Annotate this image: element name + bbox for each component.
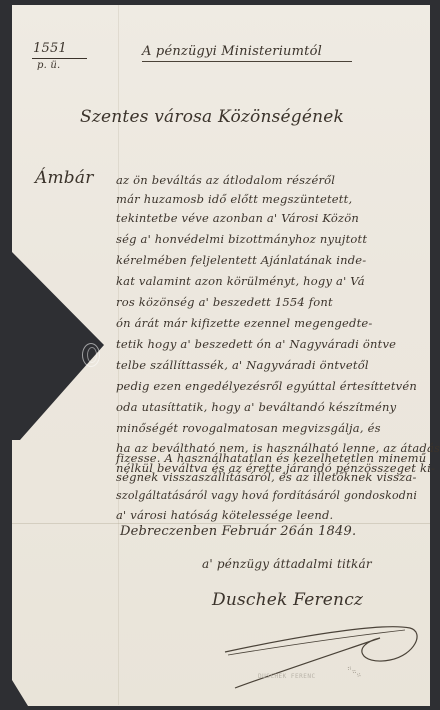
archive-stamp: DUSCHEK FERENC xyxy=(258,673,316,680)
body-line: fizesse. A használhatatlan és kezelhetet… xyxy=(116,451,426,465)
signature-flourish-icon xyxy=(210,600,425,695)
body-line: a' városi hatóság kötelessége leend. xyxy=(116,508,333,522)
body-line: telbe szállíttassék, a' Nagyváradi öntve… xyxy=(116,358,369,372)
body-line: kérelmében feljelentett Ajánlatának inde… xyxy=(116,253,366,267)
body-line: tekintetbe véve azonban a' Városi Közön xyxy=(116,211,359,225)
body-line: szolgáltatásáról vagy hová fordításáról … xyxy=(116,489,417,502)
salutation: Szentes városa Közönségének xyxy=(80,107,344,127)
letterhead-underline xyxy=(142,61,352,62)
body-line: ros közönség a' beszedett 1554 font xyxy=(116,295,333,309)
body-line: kat valamint azon körülményt, hogy a' Vá xyxy=(116,274,365,288)
watermark-inner-icon xyxy=(87,347,97,363)
body-line: minőségét rovogalmatosan megvizsgálja, é… xyxy=(116,421,381,435)
opening-word: Ámbár xyxy=(35,168,94,188)
body-line: már huzamosb idő előtt megszüntetett, xyxy=(116,192,352,206)
reference-sub: p. ü. xyxy=(37,60,60,71)
body-line: tetik hogy a' beszedett ón a' Nagyváradi… xyxy=(116,337,396,351)
letterhead: A pénzügyi Ministeriumtól xyxy=(142,44,322,59)
reference-number: 1551 xyxy=(33,41,67,56)
body-line: ón árát már kifizette ezennel megengedte… xyxy=(116,316,372,330)
body-line: pedig ezen engedélyezésről egyúttal érte… xyxy=(116,379,417,393)
body-line: oda utasíttatik, hogy a' beváltandó kész… xyxy=(116,400,396,414)
signatory-title: a' pénzügy áttadalmi titkár xyxy=(202,557,372,571)
body-line: ségnek visszaszállításáról, és az illető… xyxy=(116,470,417,484)
body-line: ség a' honvédelmi bizottmányhoz nyujtott xyxy=(116,232,367,246)
place-date: Debreczenben Február 26án 1849. xyxy=(120,524,356,539)
reference-underline xyxy=(32,58,87,59)
body-line: az ön beváltás az átlodalom részéről xyxy=(116,173,335,187)
